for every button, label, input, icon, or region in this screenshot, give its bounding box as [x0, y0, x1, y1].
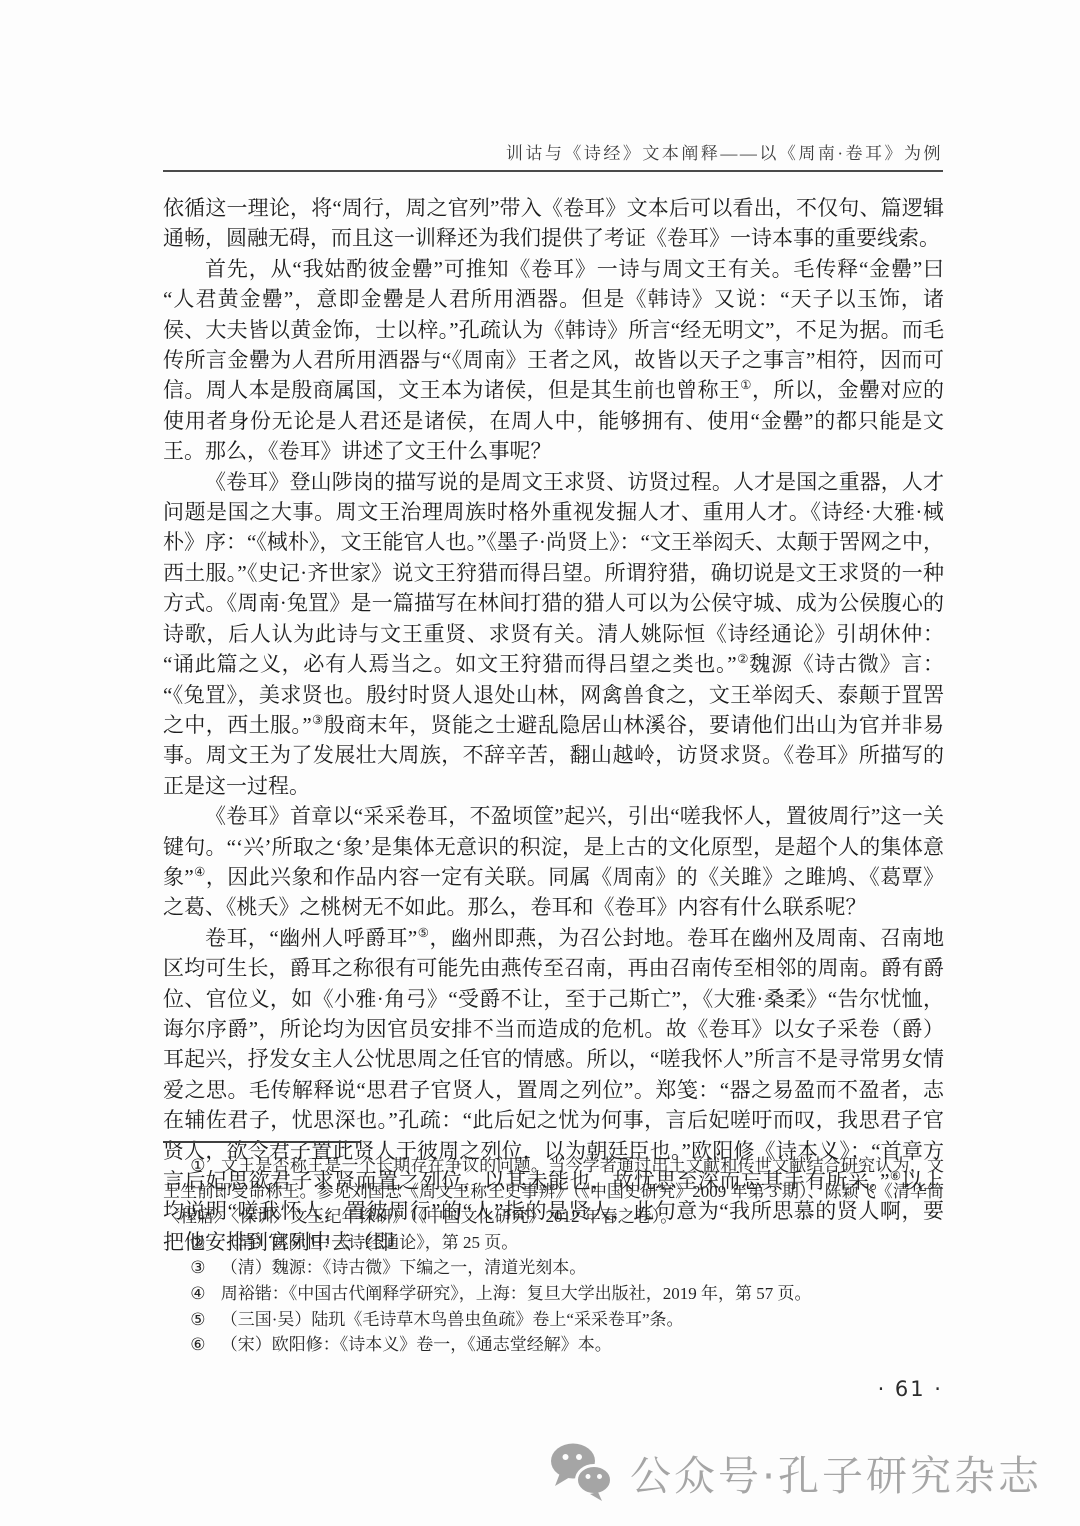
footnote-item: ④周裕锴：《中国古代阐释学研究》，上海：复旦大学出版社，2019 年，第 57 …	[163, 1281, 944, 1307]
footnote-text: （清）姚际恒：《诗经通论》，第 25 页。	[221, 1233, 519, 1252]
footnote-marker: ②	[190, 1233, 205, 1252]
footnote-separator	[163, 1141, 360, 1143]
footnote-marker: ⑤	[190, 1310, 205, 1329]
paragraph: 首先，从“我姑酌彼金罍”可推知《卷耳》一诗与周文王有关。毛传释“金罍”曰“人君黄…	[163, 254, 944, 467]
footnote-marker: ④	[190, 1284, 205, 1303]
page-number: · 61 ·	[163, 1377, 943, 1401]
footnote-item: ②（清）姚际恒：《诗经通论》，第 25 页。	[163, 1230, 944, 1256]
wechat-icon	[548, 1442, 616, 1502]
wechat-banner: 公众号·孔子研究杂志	[548, 1442, 1042, 1502]
journal-page: 训诂与《诗经》文本阐释——以《周南·卷耳》为例 依循这一理论，将“周行，周之官列…	[0, 0, 1080, 1526]
footnote-item: ③（清）魏源：《诗古微》下编之一，清道光刻本。	[163, 1255, 944, 1281]
footnote-text: 周裕锴：《中国古代阐释学研究》，上海：复旦大学出版社，2019 年，第 57 页…	[221, 1284, 812, 1303]
footnote-text: （宋）欧阳修：《诗本义》卷一，《通志堂经解》本。	[221, 1335, 612, 1354]
footnote-item: ⑥（宋）欧阳修：《诗本义》卷一，《通志堂经解》本。	[163, 1332, 944, 1358]
footnotes: ①文王是否称王是一个长期存在争议的问题。当今学者通过出土文献和传世文献结合研究认…	[163, 1153, 944, 1358]
footnote-text: （三国·吴）陆玑《毛诗草木鸟兽虫鱼疏》卷上“采采卷耳”条。	[221, 1310, 684, 1329]
paragraph: 《卷耳》登山陟岗的描写说的是周文王求贤、访贤过程。人才是国之重器，人才问题是国之…	[163, 467, 944, 801]
banner-label: 公众号·孔子研究杂志	[630, 1443, 1042, 1502]
footnote-item: ①文王是否称王是一个长期存在争议的问题。当今学者通过出土文献和传世文献结合研究认…	[163, 1153, 944, 1230]
paragraph: 《卷耳》首章以“采采卷耳，不盈顷筐”起兴，引出“嗟我怀人，置彼周行”这一关键句。…	[163, 801, 944, 923]
header-rule	[163, 170, 943, 172]
article-body: 依循这一理论，将“周行，周之官列”带入《卷耳》文本后可以看出，不仅句、篇逻辑通畅…	[163, 193, 944, 1257]
footnote-marker: ③	[190, 1258, 205, 1277]
footnote-text: 文王是否称王是一个长期存在争议的问题。当今学者通过出土文献和传世文献结合研究认为…	[163, 1156, 944, 1226]
running-title: 训诂与《诗经》文本阐释——以《周南·卷耳》为例	[163, 139, 943, 164]
footnote-marker: ①	[190, 1156, 205, 1175]
footnote-marker: ⑥	[190, 1335, 205, 1354]
footnote-item: ⑤（三国·吴）陆玑《毛诗草木鸟兽虫鱼疏》卷上“采采卷耳”条。	[163, 1307, 944, 1333]
paragraph: 依循这一理论，将“周行，周之官列”带入《卷耳》文本后可以看出，不仅句、篇逻辑通畅…	[163, 193, 944, 254]
footnote-text: （清）魏源：《诗古微》下编之一，清道光刻本。	[221, 1258, 587, 1277]
